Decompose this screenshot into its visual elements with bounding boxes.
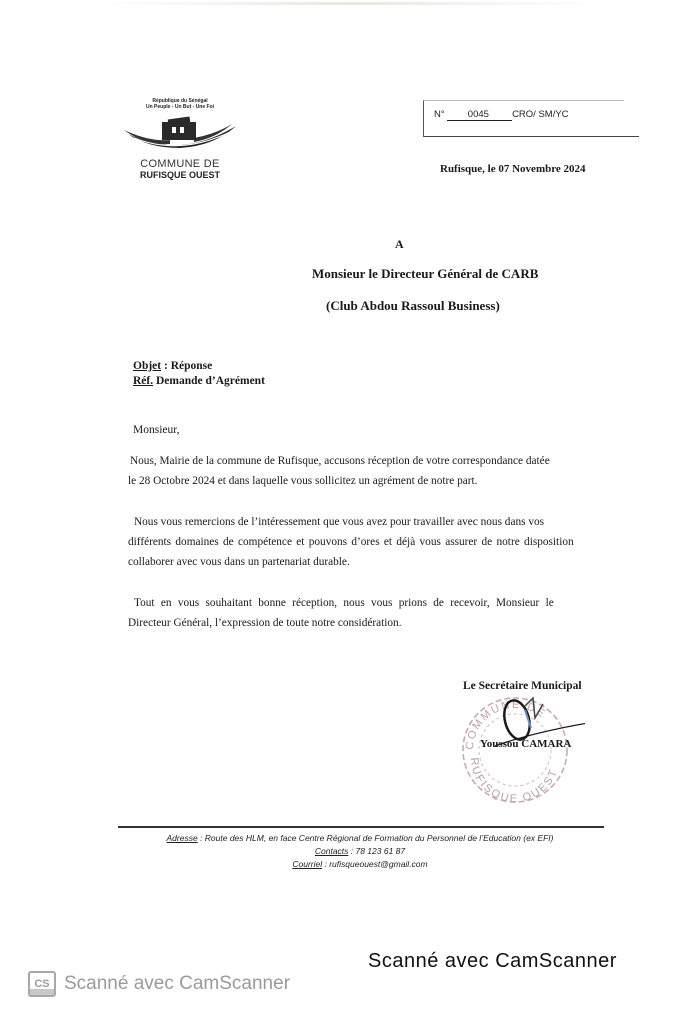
reference-prefix: N° xyxy=(434,109,445,120)
commune-logo: République du Sénégal Un Peuple - Un But… xyxy=(118,98,242,180)
contacts-label: Contacts xyxy=(315,846,349,856)
recipient-line1: Monsieur le Directeur Général de CARB xyxy=(312,266,538,282)
reference-box: N° 0045 CRO/ SM/YC xyxy=(423,100,624,137)
republic-motto-line2: Un Peuple - Un But - Une Foi xyxy=(118,104,242,110)
body-paragraph-2: Nous vous remercions de l’intéressement … xyxy=(130,512,608,572)
address-value: : Route des HLM, en face Centre Régional… xyxy=(198,833,554,843)
contacts-value: : 78 123 61 87 xyxy=(348,846,405,856)
email-label: Courriel xyxy=(292,859,322,869)
body-paragraph-3: Tout en vous souhaitant bonne réception,… xyxy=(130,593,608,633)
camscanner-watermark-large: Scanné avec CamScanner xyxy=(368,950,617,973)
paragraph-line: le 28 Octobre 2024 et dans laquelle vous… xyxy=(128,471,608,491)
ref-line: Réf. Demande d’Agrément xyxy=(133,374,265,389)
email-value: : rufisqueouest@gmail.com xyxy=(322,859,427,869)
official-stamp-icon: COMMUNE DE RUFISQUE OUEST xyxy=(455,688,585,818)
paragraph-line: Nous vous remercions de l’intéressement … xyxy=(130,512,608,532)
camscanner-logo-icon: CS xyxy=(28,971,56,997)
footer-address: Adresse : Route des HLM, en face Centre … xyxy=(110,832,610,845)
recipient-to: A xyxy=(395,237,404,252)
scan-edge xyxy=(100,2,600,5)
subject-block: Objet : Réponse Réf. Demande d’Agrément xyxy=(133,359,265,389)
camscanner-watermark-text: Scanné avec CamScanner xyxy=(64,973,290,995)
pirogue-boat-icon xyxy=(120,116,240,156)
signatory-name: Youssou CAMARA xyxy=(480,738,571,750)
ref-value: Demande d’Agrément xyxy=(153,375,265,387)
commune-name-line2: RUFISQUE OUEST xyxy=(118,170,242,180)
body-paragraph-1: Nous, Mairie de la commune de Rufisque, … xyxy=(130,451,608,491)
commune-name-line1: COMMUNE DE xyxy=(118,158,242,170)
paragraph-line: Directeur Général, l’expression de toute… xyxy=(128,613,608,633)
objet-value: : Réponse xyxy=(161,360,212,372)
paragraph-line: Nous, Mairie de la commune de Rufisque, … xyxy=(130,451,608,471)
recipient-line2: (Club Abdou Rassoul Business) xyxy=(326,298,500,314)
ref-label: Réf. xyxy=(133,375,153,387)
reference-value: 0045 xyxy=(447,109,512,121)
reference-number: N° 0045 CRO/ SM/YC xyxy=(434,109,569,121)
salutation: Monsieur, xyxy=(133,424,180,436)
place-date: Rufisque, le 07 Novembre 2024 xyxy=(440,163,586,175)
reference-box-rule xyxy=(424,136,639,137)
address-label: Adresse xyxy=(167,833,198,843)
paragraph-line: collaborer avec vous dans un partenariat… xyxy=(128,552,608,572)
footer-email: Courriel : rufisqueouest@gmail.com xyxy=(110,858,610,871)
objet-line: Objet : Réponse xyxy=(133,359,265,374)
footer-rule xyxy=(118,826,604,828)
footer-contacts: Contacts : 78 123 61 87 xyxy=(110,845,610,858)
paragraph-line: Tout en vous souhaitant bonne réception,… xyxy=(130,593,608,613)
letterhead-footer: Adresse : Route des HLM, en face Centre … xyxy=(110,832,610,871)
camscanner-watermark-small: CS Scanné avec CamScanner xyxy=(28,971,290,997)
objet-label: Objet xyxy=(133,360,161,372)
reference-suffix: CRO/ SM/YC xyxy=(512,109,568,120)
paragraph-line: différents domaines de compétence et pou… xyxy=(128,532,608,552)
